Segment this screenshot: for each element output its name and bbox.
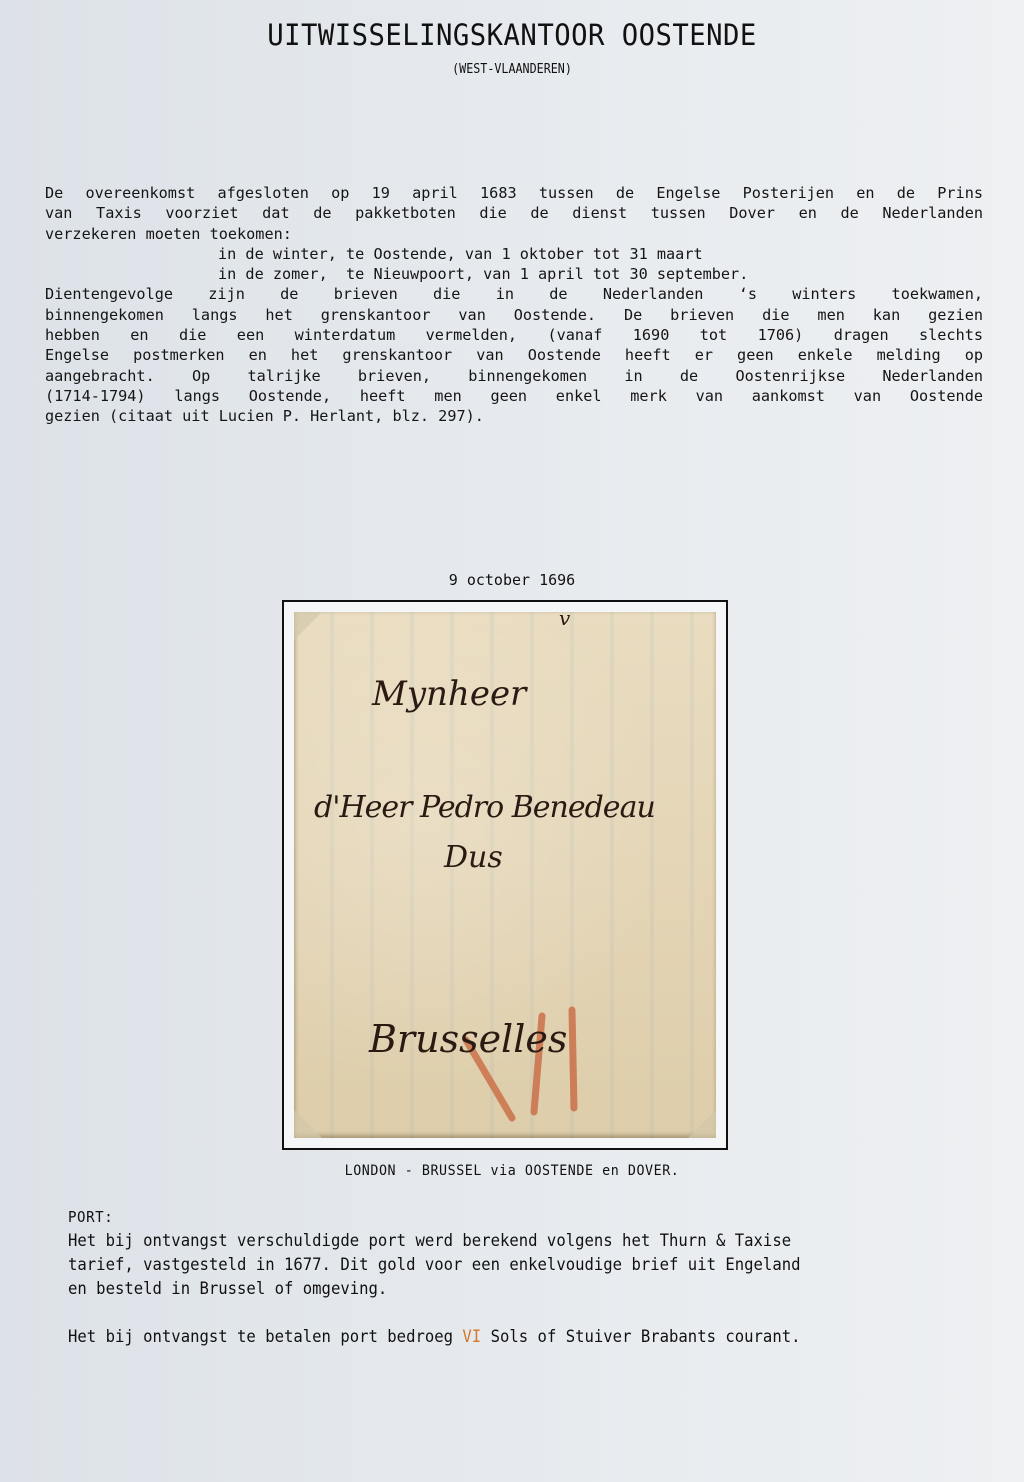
letter-frame: v Mynheer d'Heer Pedro Benedeau Dus Brus… <box>282 600 728 1150</box>
intro-line: van Taxis voorziet dat de pakketboten di… <box>45 203 983 223</box>
intro-line: Dientengevolge zijn de brieven die in de… <box>45 284 983 304</box>
port-label: PORT: <box>68 1205 914 1229</box>
mount-corner <box>294 1110 322 1138</box>
letter-date: 9 october 1696 <box>0 571 1024 589</box>
port-rate-highlight: VI <box>462 1327 481 1346</box>
port-text-line: tarief, vastgesteld in 1677. Dit gold vo… <box>68 1253 914 1277</box>
port-section: PORT: Het bij ontvangst verschuldigde po… <box>68 1205 914 1349</box>
intro-line: aangebracht. Op talrijke brieven, binnen… <box>45 366 983 386</box>
handwritten-addressee: d'Heer Pedro Benedeau <box>314 790 655 825</box>
intro-line: verzekeren moeten toekomen: <box>45 224 983 244</box>
mount-corner <box>294 612 322 640</box>
port-rate-line: Het bij ontvangst te betalen port bedroe… <box>68 1325 914 1349</box>
handwritten-line: Dus <box>444 840 503 875</box>
intro-line-summer: in de zomer, te Nieuwpoort, van 1 april … <box>45 264 983 284</box>
intro-line: gezien (citaat uit Lucien P. Herlant, bl… <box>45 406 983 426</box>
mount-corner <box>688 1110 716 1138</box>
intro-line: De overeenkomst afgesloten op 19 april 1… <box>45 183 983 203</box>
page-subtitle: (WEST-VLAANDEREN) <box>51 62 973 77</box>
handwritten-salutation: Mynheer <box>372 674 526 714</box>
intro-line: (1714-1794) langs Oostende, heeft men ge… <box>45 386 983 406</box>
port-text-line: en besteld in Brussel of omgeving. <box>68 1277 914 1301</box>
handwritten-destination: Brusselles <box>369 1017 567 1061</box>
intro-line: hebben en die een winterdatum vermelden,… <box>45 325 983 345</box>
handwritten-mark: v <box>559 606 570 630</box>
port-text-line: Het bij ontvangst verschuldigde port wer… <box>68 1229 914 1253</box>
intro-line: binnengekomen langs het grenskantoor van… <box>45 305 983 325</box>
intro-line: Engelse postmerken en het grenskantoor v… <box>45 345 983 365</box>
route-caption: LONDON - BRUSSEL via OOSTENDE en DOVER. <box>41 1163 983 1179</box>
letter-image: v Mynheer d'Heer Pedro Benedeau Dus Brus… <box>294 612 716 1138</box>
page-title: UITWISSELINGSKANTOOR OOSTENDE <box>31 18 994 52</box>
intro-line-winter: in de winter, te Oostende, van 1 oktober… <box>45 244 983 264</box>
intro-text: De overeenkomst afgesloten op 19 april 1… <box>45 183 983 427</box>
